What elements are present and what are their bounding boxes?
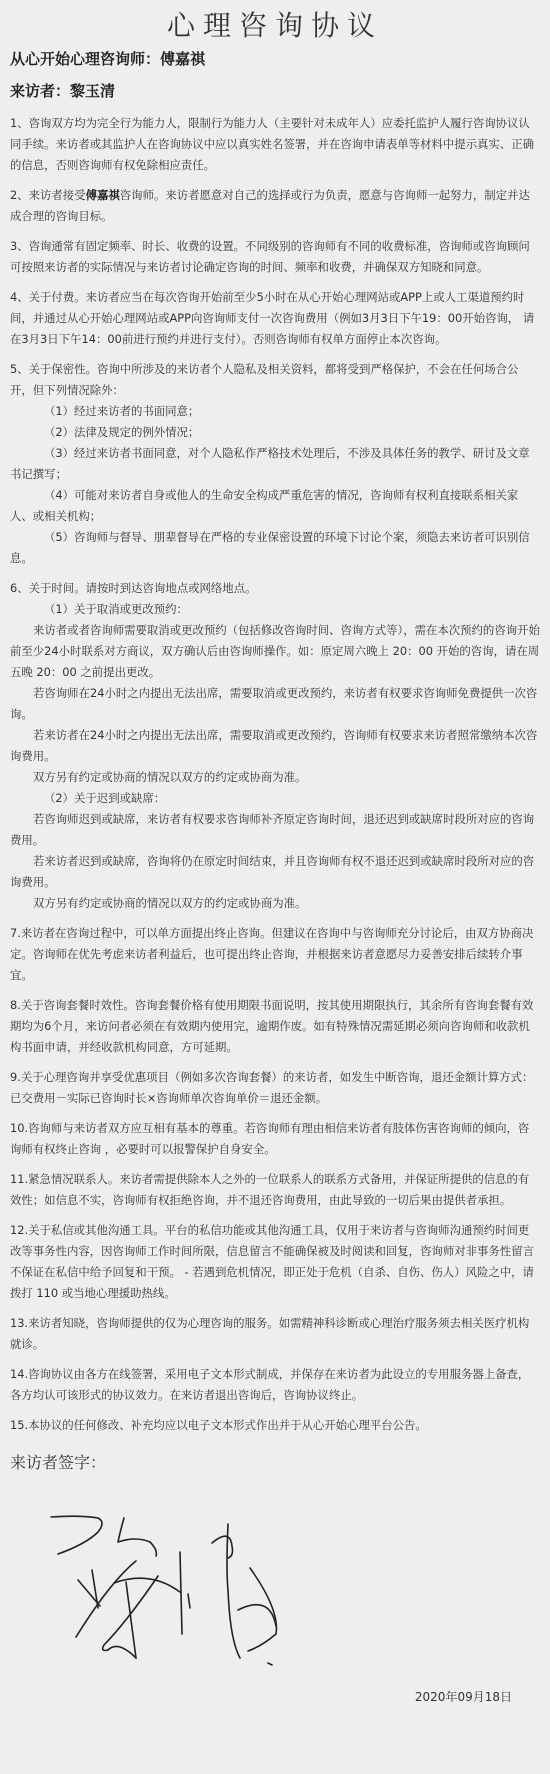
clause-2-prefix: 2、来访者接受 — [10, 188, 86, 202]
clause-6-sub2-text: 双方另有约定或协商的情况以双方的约定或协商为准。 — [10, 893, 540, 914]
clause-1: 1、咨询双方均为完全行为能力人，限制行为能力人（主要针对未成年人）应委托监护人履… — [10, 113, 540, 176]
clause-10: 10.咨询师与来访者双方应互相有基本的尊重。若咨询师有理由相信来访者有肢体伤害咨… — [10, 1118, 540, 1160]
clause-3: 3、咨询通常有固定频率、时长、收费的设置。不同级别的咨询师有不同的收费标准，咨询… — [10, 236, 540, 278]
signature-label: 来访者签字： — [10, 1450, 106, 1473]
clause-6-sub2-text: 若咨询师迟到或缺席，来访者有权要求咨询师补齐原定咨询时间，退还迟到或缺席时段所对… — [10, 809, 540, 851]
clause-11: 11.紧急情况联系人。来访者需提供除本人之外的一位联系人的联系方式备用，并保证所… — [10, 1169, 540, 1211]
visitor-header: 来访者：黎玉清 — [10, 80, 115, 101]
clause-12: 12.关于私信或其他沟通工具。平台的私信功能或其他沟通工具，仅用于来访者与咨询师… — [10, 1220, 540, 1304]
agreement-body: 1、咨询双方均为完全行为能力人，限制行为能力人（主要针对未成年人）应委托监护人履… — [10, 113, 540, 1445]
clause-6-sub1-text: 若来访者在24小时之内提出无法出席，需要取消或更改预约，咨询师有权要求来访者照常… — [10, 725, 540, 767]
clause-6-sub2-text: 若来访者迟到或缺席，咨询将仍在原定时间结束，并且咨询师有权不退还迟到或缺席时段所… — [10, 851, 540, 893]
clause-5-item: （3）经过来访者书面同意，对个人隐私作严格技术处理后，不涉及具体任务的教学、研讨… — [10, 443, 540, 485]
document-title: 心理咨询协议 — [0, 4, 550, 44]
agreement-page: 心理咨询协议 从心开始心理咨询师：傅嘉祺 来访者：黎玉清 1、咨询双方均为完全行… — [0, 0, 550, 1774]
clause-6-sub1-text: 若咨询师在24小时之内提出无法出席，需要取消或更改预约，来访者有权要求咨询师免费… — [10, 683, 540, 725]
handwritten-signature-icon — [40, 1510, 300, 1674]
clause-9: 9.关于心理咨询并享受优惠项目（例如多次咨询套餐）的来访者，如发生中断咨询，退还… — [10, 1067, 540, 1109]
clause-6-sub2-title: （2）关于迟到或缺席： — [10, 788, 540, 809]
clause-5-item: （1）经过来访者的书面同意； — [10, 401, 540, 422]
clause-14: 14.咨询协议由各方在线签署，采用电子文本形式制成，并保存在来访者为此设立的专用… — [10, 1364, 540, 1406]
clause-5: 5、关于保密性。咨询中所涉及的来访者个人隐私及相关资料，都将受到严格保护，不会在… — [10, 359, 540, 401]
counselor-name: 傅嘉祺 — [86, 188, 120, 202]
clause-13: 13.来访者知晓，咨询师提供的仅为心理咨询的服务。如需精神科诊断或心理治疗服务须… — [10, 1313, 540, 1355]
clause-15: 15.本协议的任何修改、补充均应以电子文本形式作出并于从心开始心理平台公告。 — [10, 1415, 540, 1436]
clause-5-item: （2）法律及规定的例外情况； — [10, 422, 540, 443]
clause-6: 6、关于时间。请按时到达咨询地点或网络地点。 — [10, 578, 540, 599]
clause-5-item: （5）咨询师与督导、朋辈督导在严格的专业保密设置的环境下讨论个案，须隐去来访者可… — [10, 527, 540, 569]
clause-6-sub1-text: 来访者或者咨询师需要取消或更改预约（包括修改咨询时间、咨询方式等），需在本次预约… — [10, 620, 540, 683]
counselor-header: 从心开始心理咨询师：傅嘉祺 — [10, 48, 205, 69]
signature-date: 2020年09月18日 — [415, 1688, 512, 1705]
clause-5-item: （4）可能对来访者自身或他人的生命安全构成严重危害的情况，咨询师有权利直接联系相… — [10, 485, 540, 527]
clause-4: 4、关于付费。来访者应当在每次咨询开始前至少5小时在从心开始心理网站或APP上或… — [10, 287, 540, 350]
clause-2: 2、来访者接受傅嘉祺咨询师。来访者愿意对自己的选择或行为负责，愿意与咨询师一起努… — [10, 185, 540, 227]
clause-6-sub1-title: （1）关于取消或更改预约： — [10, 599, 540, 620]
clause-7: 7.来访者在咨询过程中，可以单方面提出终止咨询。但建议在咨询中与咨询师充分讨论后… — [10, 923, 540, 986]
clause-8: 8.关于咨询套餐时效性。咨询套餐价格有使用期限书面说明，按其使用期限执行，其余所… — [10, 995, 540, 1058]
clause-6-sub1-text: 双方另有约定或协商的情况以双方的约定或协商为准。 — [10, 767, 540, 788]
